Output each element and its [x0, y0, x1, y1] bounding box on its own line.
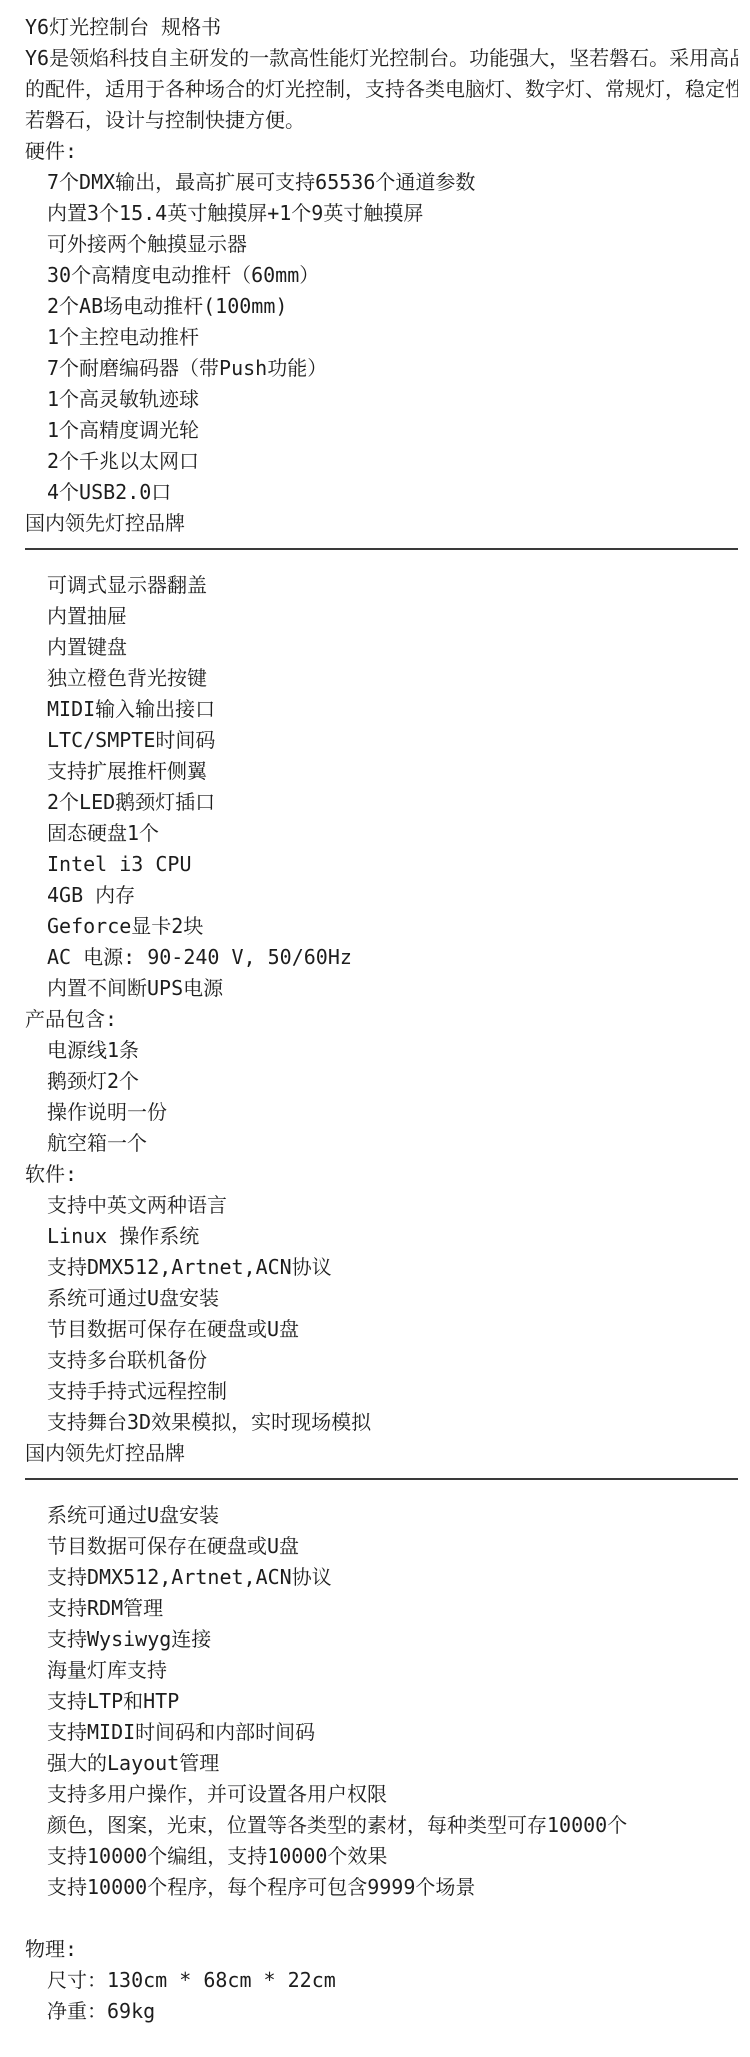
intro-paragraph-line: 若磐石，设计与控制快捷方便。	[25, 105, 738, 136]
spec-item: 内置抽屉	[25, 601, 738, 632]
section-heading: 硬件:	[25, 136, 738, 167]
spec-item: 7个耐磨编码器（带Push功能）	[25, 353, 738, 384]
spec-document: Y6灯光控制台 规格书Y6是领焰科技自主研发的一款高性能灯光控制台。功能强大，坚…	[0, 0, 750, 2027]
spec-item: 支持DMX512,Artnet,ACN协议	[25, 1252, 738, 1283]
spec-item: 尺寸：130cm * 68cm * 22cm	[25, 1965, 738, 1996]
intro-paragraph-line: 的配件，适用于各种场合的灯光控制，支持各类电脑灯、数字灯、常规灯，稳定性坚	[25, 74, 738, 105]
spec-item: 2个LED鹅颈灯插口	[25, 787, 738, 818]
spec-item: 4个USB2.0口	[25, 477, 738, 508]
section-heading: 产品包含:	[25, 1004, 738, 1035]
spec-item: 航空箱一个	[25, 1128, 738, 1159]
spec-item: 节目数据可保存在硬盘或U盘	[25, 1314, 738, 1345]
spec-item: 支持扩展推杆侧翼	[25, 756, 738, 787]
spec-item: 2个AB场电动推杆(100mm)	[25, 291, 738, 322]
spec-item: 操作说明一份	[25, 1097, 738, 1128]
section-divider	[25, 539, 738, 570]
divider-line	[25, 548, 738, 550]
spec-item: 内置3个15.4英寸触摸屏+1个9英寸触摸屏	[25, 198, 738, 229]
section-heading: 物理:	[25, 1934, 738, 1965]
spec-item: 节目数据可保存在硬盘或U盘	[25, 1531, 738, 1562]
spec-item: 内置键盘	[25, 632, 738, 663]
spec-item: 4GB 内存	[25, 880, 738, 911]
spec-item: LTC/SMPTE时间码	[25, 725, 738, 756]
spec-item: 海量灯库支持	[25, 1655, 738, 1686]
spec-item: 固态硬盘1个	[25, 818, 738, 849]
spec-item: 可外接两个触摸显示器	[25, 229, 738, 260]
spec-item: 净重：69kg	[25, 1996, 738, 2027]
spec-item: Geforce显卡2块	[25, 911, 738, 942]
spec-item: 支持多用户操作，并可设置各用户权限	[25, 1779, 738, 1810]
section-divider	[25, 1469, 738, 1500]
spec-item: 支持Wysiwyg连接	[25, 1624, 738, 1655]
spec-item: 电源线1条	[25, 1035, 738, 1066]
spec-item: 系统可通过U盘安装	[25, 1500, 738, 1531]
spec-item: 2个千兆以太网口	[25, 446, 738, 477]
spec-item: 支持MIDI时间码和内部时间码	[25, 1717, 738, 1748]
spec-item: 支持手持式远程控制	[25, 1376, 738, 1407]
spec-item: 支持10000个程序，每个程序可包含9999个场景	[25, 1872, 738, 1903]
brand-statement: 国内领先灯控品牌	[25, 508, 738, 539]
section-heading: 软件:	[25, 1159, 738, 1190]
divider-line	[25, 1478, 738, 1480]
spec-item: MIDI输入输出接口	[25, 694, 738, 725]
spec-item: 30个高精度电动推杆（60mm）	[25, 260, 738, 291]
spec-item: 颜色，图案，光束，位置等各类型的素材，每种类型可存10000个	[25, 1810, 738, 1841]
spec-item: 支持中英文两种语言	[25, 1190, 738, 1221]
spec-item: 强大的Layout管理	[25, 1748, 738, 1779]
spec-item: 支持舞台3D效果模拟，实时现场模拟	[25, 1407, 738, 1438]
spec-item: 内置不间断UPS电源	[25, 973, 738, 1004]
spec-item: 系统可通过U盘安装	[25, 1283, 738, 1314]
spec-item: 可调式显示器翻盖	[25, 570, 738, 601]
blank-line	[25, 1903, 738, 1934]
doc-title: Y6灯光控制台 规格书	[25, 12, 738, 43]
spec-item: 支持LTP和HTP	[25, 1686, 738, 1717]
spec-item: 支持多台联机备份	[25, 1345, 738, 1376]
spec-item: 鹅颈灯2个	[25, 1066, 738, 1097]
spec-item: 7个DMX输出，最高扩展可支持65536个通道参数	[25, 167, 738, 198]
spec-item: 支持DMX512,Artnet,ACN协议	[25, 1562, 738, 1593]
intro-paragraph-line: Y6是领焰科技自主研发的一款高性能灯光控制台。功能强大，坚若磐石。采用高品质	[25, 43, 738, 74]
spec-item: 1个高灵敏轨迹球	[25, 384, 738, 415]
spec-item: 独立橙色背光按键	[25, 663, 738, 694]
spec-item: 支持RDM管理	[25, 1593, 738, 1624]
spec-item: Intel i3 CPU	[25, 849, 738, 880]
spec-item: 1个主控电动推杆	[25, 322, 738, 353]
spec-item: Linux 操作系统	[25, 1221, 738, 1252]
brand-statement: 国内领先灯控品牌	[25, 1438, 738, 1469]
spec-item: 支持10000个编组，支持10000个效果	[25, 1841, 738, 1872]
spec-item: 1个高精度调光轮	[25, 415, 738, 446]
spec-item: AC 电源: 90-240 V, 50/60Hz	[25, 942, 738, 973]
